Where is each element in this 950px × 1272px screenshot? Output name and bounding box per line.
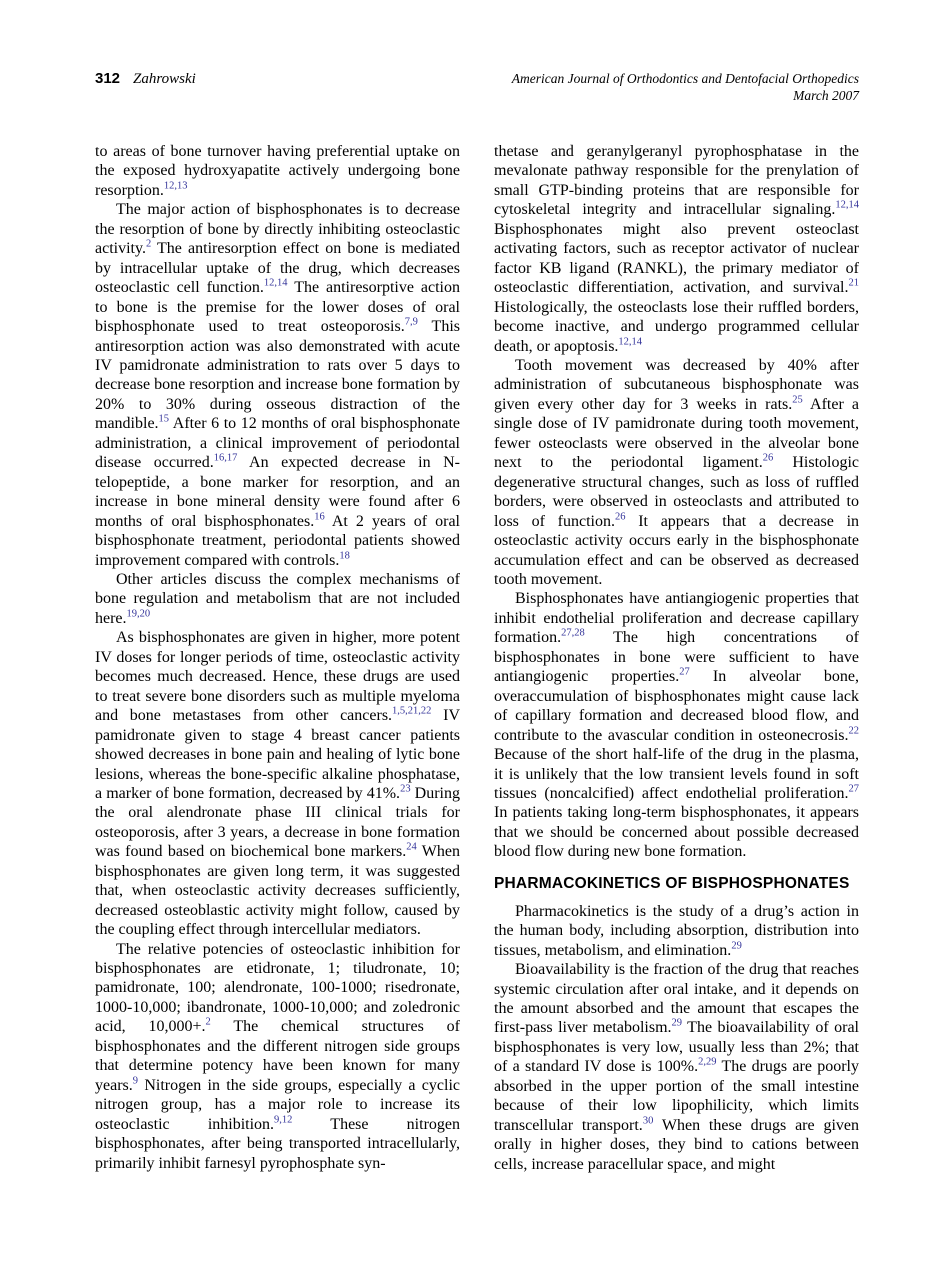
citation-ref[interactable]: 12,14 (264, 278, 288, 289)
paragraph: Bioavailability is the fraction of the d… (494, 960, 859, 1174)
journal-page: 312Zahrowski American Journal of Orthodo… (0, 0, 950, 1272)
paragraph: Pharmacokinetics is the study of a drug’… (494, 902, 859, 960)
citation-ref[interactable]: 2 (146, 239, 151, 250)
running-header: 312Zahrowski American Journal of Orthodo… (95, 70, 859, 104)
citation-ref[interactable]: 19,20 (127, 609, 151, 620)
citation-ref[interactable]: 24 (406, 842, 417, 853)
citation-ref[interactable]: 7,9 (405, 317, 418, 328)
header-left: 312Zahrowski (95, 70, 196, 88)
citation-ref[interactable]: 12,14 (835, 200, 859, 211)
citation-ref[interactable]: 25 (792, 395, 803, 406)
citation-ref[interactable]: 9 (133, 1075, 138, 1086)
citation-ref[interactable]: 27 (679, 667, 690, 678)
right-column: thetase and geranylgeranyl pyrophosphata… (494, 142, 859, 1174)
paragraph: Other articles discuss the complex mecha… (95, 570, 460, 628)
citation-ref[interactable]: 1,5,21,22 (392, 706, 431, 717)
citation-ref[interactable]: 30 (643, 1115, 654, 1126)
left-column: to areas of bone turnover having prefere… (95, 142, 460, 1174)
citation-ref[interactable]: 27,28 (561, 628, 585, 639)
citation-ref[interactable]: 27 (849, 784, 860, 795)
citation-ref[interactable]: 22 (849, 725, 860, 736)
paragraph: As bisphosphonates are given in higher, … (95, 628, 460, 939)
paragraph: thetase and geranylgeranyl pyrophosphata… (494, 142, 859, 356)
citation-ref[interactable]: 21 (849, 278, 860, 289)
citation-ref[interactable]: 26 (615, 511, 626, 522)
citation-ref[interactable]: 2,29 (698, 1057, 716, 1068)
paragraph: Bisphosphonates have antiangiogenic prop… (494, 589, 859, 861)
citation-ref[interactable]: 12,14 (618, 336, 642, 347)
paragraph: Tooth movement was decreased by 40% afte… (494, 356, 859, 589)
citation-ref[interactable]: 2 (206, 1017, 211, 1028)
citation-ref[interactable]: 9,12 (274, 1114, 292, 1125)
citation-ref[interactable]: 16,17 (214, 453, 238, 464)
citation-ref[interactable]: 15 (159, 414, 170, 425)
citation-ref[interactable]: 29 (731, 940, 742, 951)
page-number: 312 (95, 70, 120, 87)
citation-ref[interactable]: 18 (339, 550, 350, 561)
journal-name: American Journal of Orthodontics and Den… (512, 70, 859, 87)
paragraph: to areas of bone turnover having prefere… (95, 142, 460, 200)
header-right: American Journal of Orthodontics and Den… (512, 70, 859, 104)
citation-ref[interactable]: 16 (314, 511, 325, 522)
citation-ref[interactable]: 12,13 (164, 181, 188, 192)
author-name: Zahrowski (133, 71, 196, 87)
citation-ref[interactable]: 26 (763, 453, 774, 464)
issue-date: March 2007 (512, 87, 859, 104)
section-heading: PHARMACOKINETICS OF BISPHOSPHONATES (494, 875, 859, 893)
article-body: to areas of bone turnover having prefere… (95, 142, 859, 1174)
citation-ref[interactable]: 23 (400, 784, 411, 795)
citation-ref[interactable]: 29 (672, 1018, 683, 1029)
paragraph: The relative potencies of osteoclastic i… (95, 940, 460, 1173)
paragraph: The major action of bisphosphonates is t… (95, 200, 460, 570)
